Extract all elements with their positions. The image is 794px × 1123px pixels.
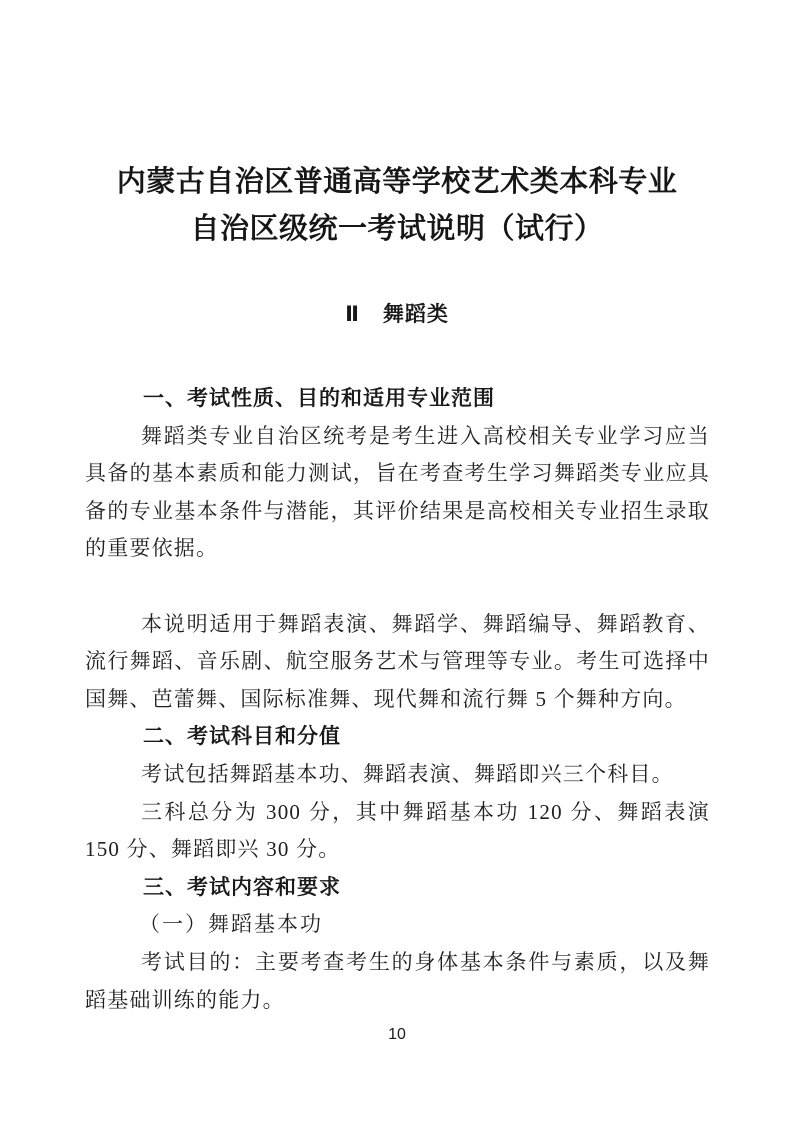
document-body: 一、考试性质、目的和适用专业范围 舞蹈类专业自治区统考是考生进入高校相关专业学习… bbox=[0, 380, 794, 1019]
paragraph-exam-purpose: 考试目的：主要考查考生的身体基本条件与素质，以及舞蹈基础训练的能力。 bbox=[85, 944, 710, 1019]
heading-exam-nature-purpose-scope: 一、考试性质、目的和适用专业范围 bbox=[85, 380, 710, 418]
document-title-line-1: 内蒙古自治区普通高等学校艺术类本科专业 bbox=[0, 159, 794, 206]
subheading-dance-basic-skills: （一）舞蹈基本功 bbox=[85, 906, 710, 944]
heading-exam-subjects-scores: 二、考试科目和分值 bbox=[85, 718, 710, 756]
paragraph-applicable-majors: 本说明适用于舞蹈表演、舞蹈学、舞蹈编导、舞蹈教育、流行舞蹈、音乐剧、航空服务艺术… bbox=[85, 606, 710, 719]
section-numeral: Ⅱ bbox=[345, 300, 360, 330]
heading-exam-content-requirements: 三、考试内容和要求 bbox=[85, 869, 710, 907]
document-title: 内蒙古自治区普通高等学校艺术类本科专业 自治区级统一考试说明（试行） bbox=[0, 159, 794, 253]
paragraph-exam-subjects: 考试包括舞蹈基本功、舞蹈表演、舞蹈即兴三个科目。 bbox=[85, 756, 710, 794]
section-name: 舞蹈类 bbox=[383, 300, 449, 330]
page-number: 10 bbox=[0, 1025, 794, 1045]
paragraph-exam-nature: 舞蹈类专业自治区统考是考生进入高校相关专业学习应当具备的基本素质和能力测试，旨在… bbox=[85, 418, 710, 568]
document-title-line-2: 自治区级统一考试说明（试行） bbox=[0, 206, 794, 253]
document-page: 内蒙古自治区普通高等学校艺术类本科专业 自治区级统一考试说明（试行） Ⅱ 舞蹈类… bbox=[0, 0, 794, 1123]
section-label: Ⅱ 舞蹈类 bbox=[0, 300, 794, 330]
paragraph-score-breakdown: 三科总分为 300 分，其中舞蹈基本功 120 分、舞蹈表演 150 分、舞蹈即… bbox=[85, 794, 710, 869]
